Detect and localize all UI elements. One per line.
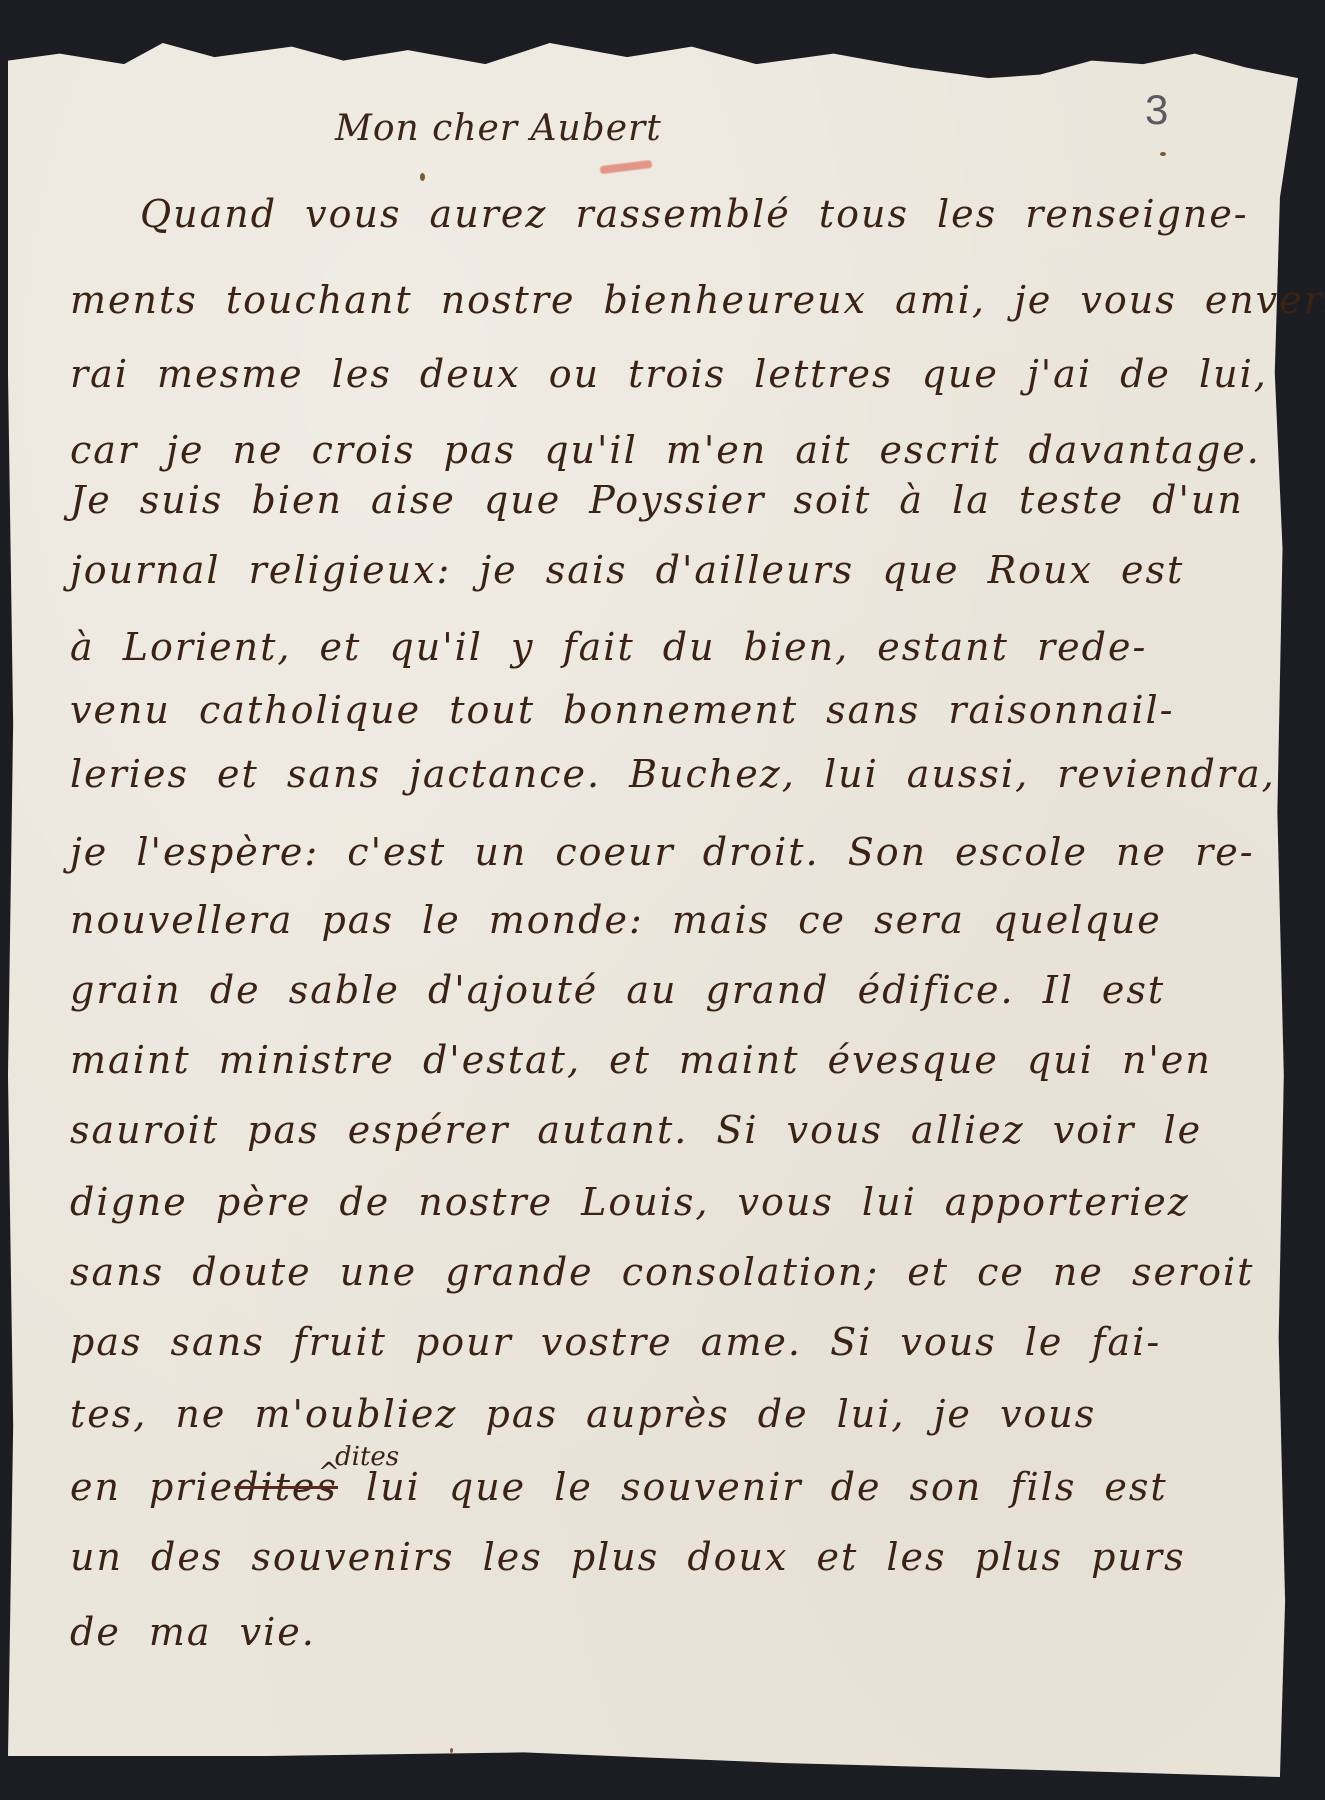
letter-line: un des souvenirs les plus doux et les pl… <box>70 1535 1186 1579</box>
letter-body: Quand vous aurez rassemblé tous les rens… <box>0 0 1325 1800</box>
letter-line: maint ministre d'estat, et maint évesque… <box>70 1038 1212 1082</box>
letter-line: journal religieux: je sais d'ailleurs qu… <box>70 548 1184 592</box>
struck-word: dites <box>234 1465 338 1509</box>
letter-line: digne père de nostre Louis, vous lui app… <box>70 1180 1190 1224</box>
letter-line: à Lorient, et qu'il y fait du bien, esta… <box>70 625 1147 669</box>
line-end: lui que le souvenir de son fils est <box>338 1465 1168 1509</box>
letter-line: tes, ne m'oubliez pas auprès de lui, je … <box>70 1392 1096 1436</box>
letter-line: pas sans fruit pour vostre ame. Si vous … <box>70 1320 1161 1364</box>
letter-line: Quand vous aurez rassemblé tous les rens… <box>140 192 1249 236</box>
letter-line: nouvellera pas le monde: mais ce sera qu… <box>70 898 1162 942</box>
line-start: en prie <box>70 1465 234 1509</box>
letter-line: car je ne crois pas qu'il m'en ait escri… <box>70 428 1261 472</box>
letter-line: de ma vie. <box>70 1610 316 1654</box>
letter-line: grain de sable d'ajouté au grand édifice… <box>70 968 1165 1012</box>
letter-line-corrected: en priedites lui que le souvenir de son … <box>70 1465 1168 1509</box>
letter-line: leries et sans jactance. Buchez, lui aus… <box>70 752 1276 796</box>
letter-line: venu catholique tout bonnement sans rais… <box>70 688 1174 732</box>
letter-line: ments touchant nostre bienheureux ami, j… <box>70 278 1325 322</box>
letter-line: je l'espère: c'est un coeur droit. Son e… <box>70 830 1255 874</box>
letter-line: sauroit pas espérer autant. Si vous alli… <box>70 1108 1202 1152</box>
letter-line: rai mesme les deux ou trois lettres que … <box>70 352 1268 396</box>
letter-line: Je suis bien aise que Poyssier soit à la… <box>70 478 1244 522</box>
letter-line: sans doute une grande consolation; et ce… <box>70 1250 1254 1294</box>
